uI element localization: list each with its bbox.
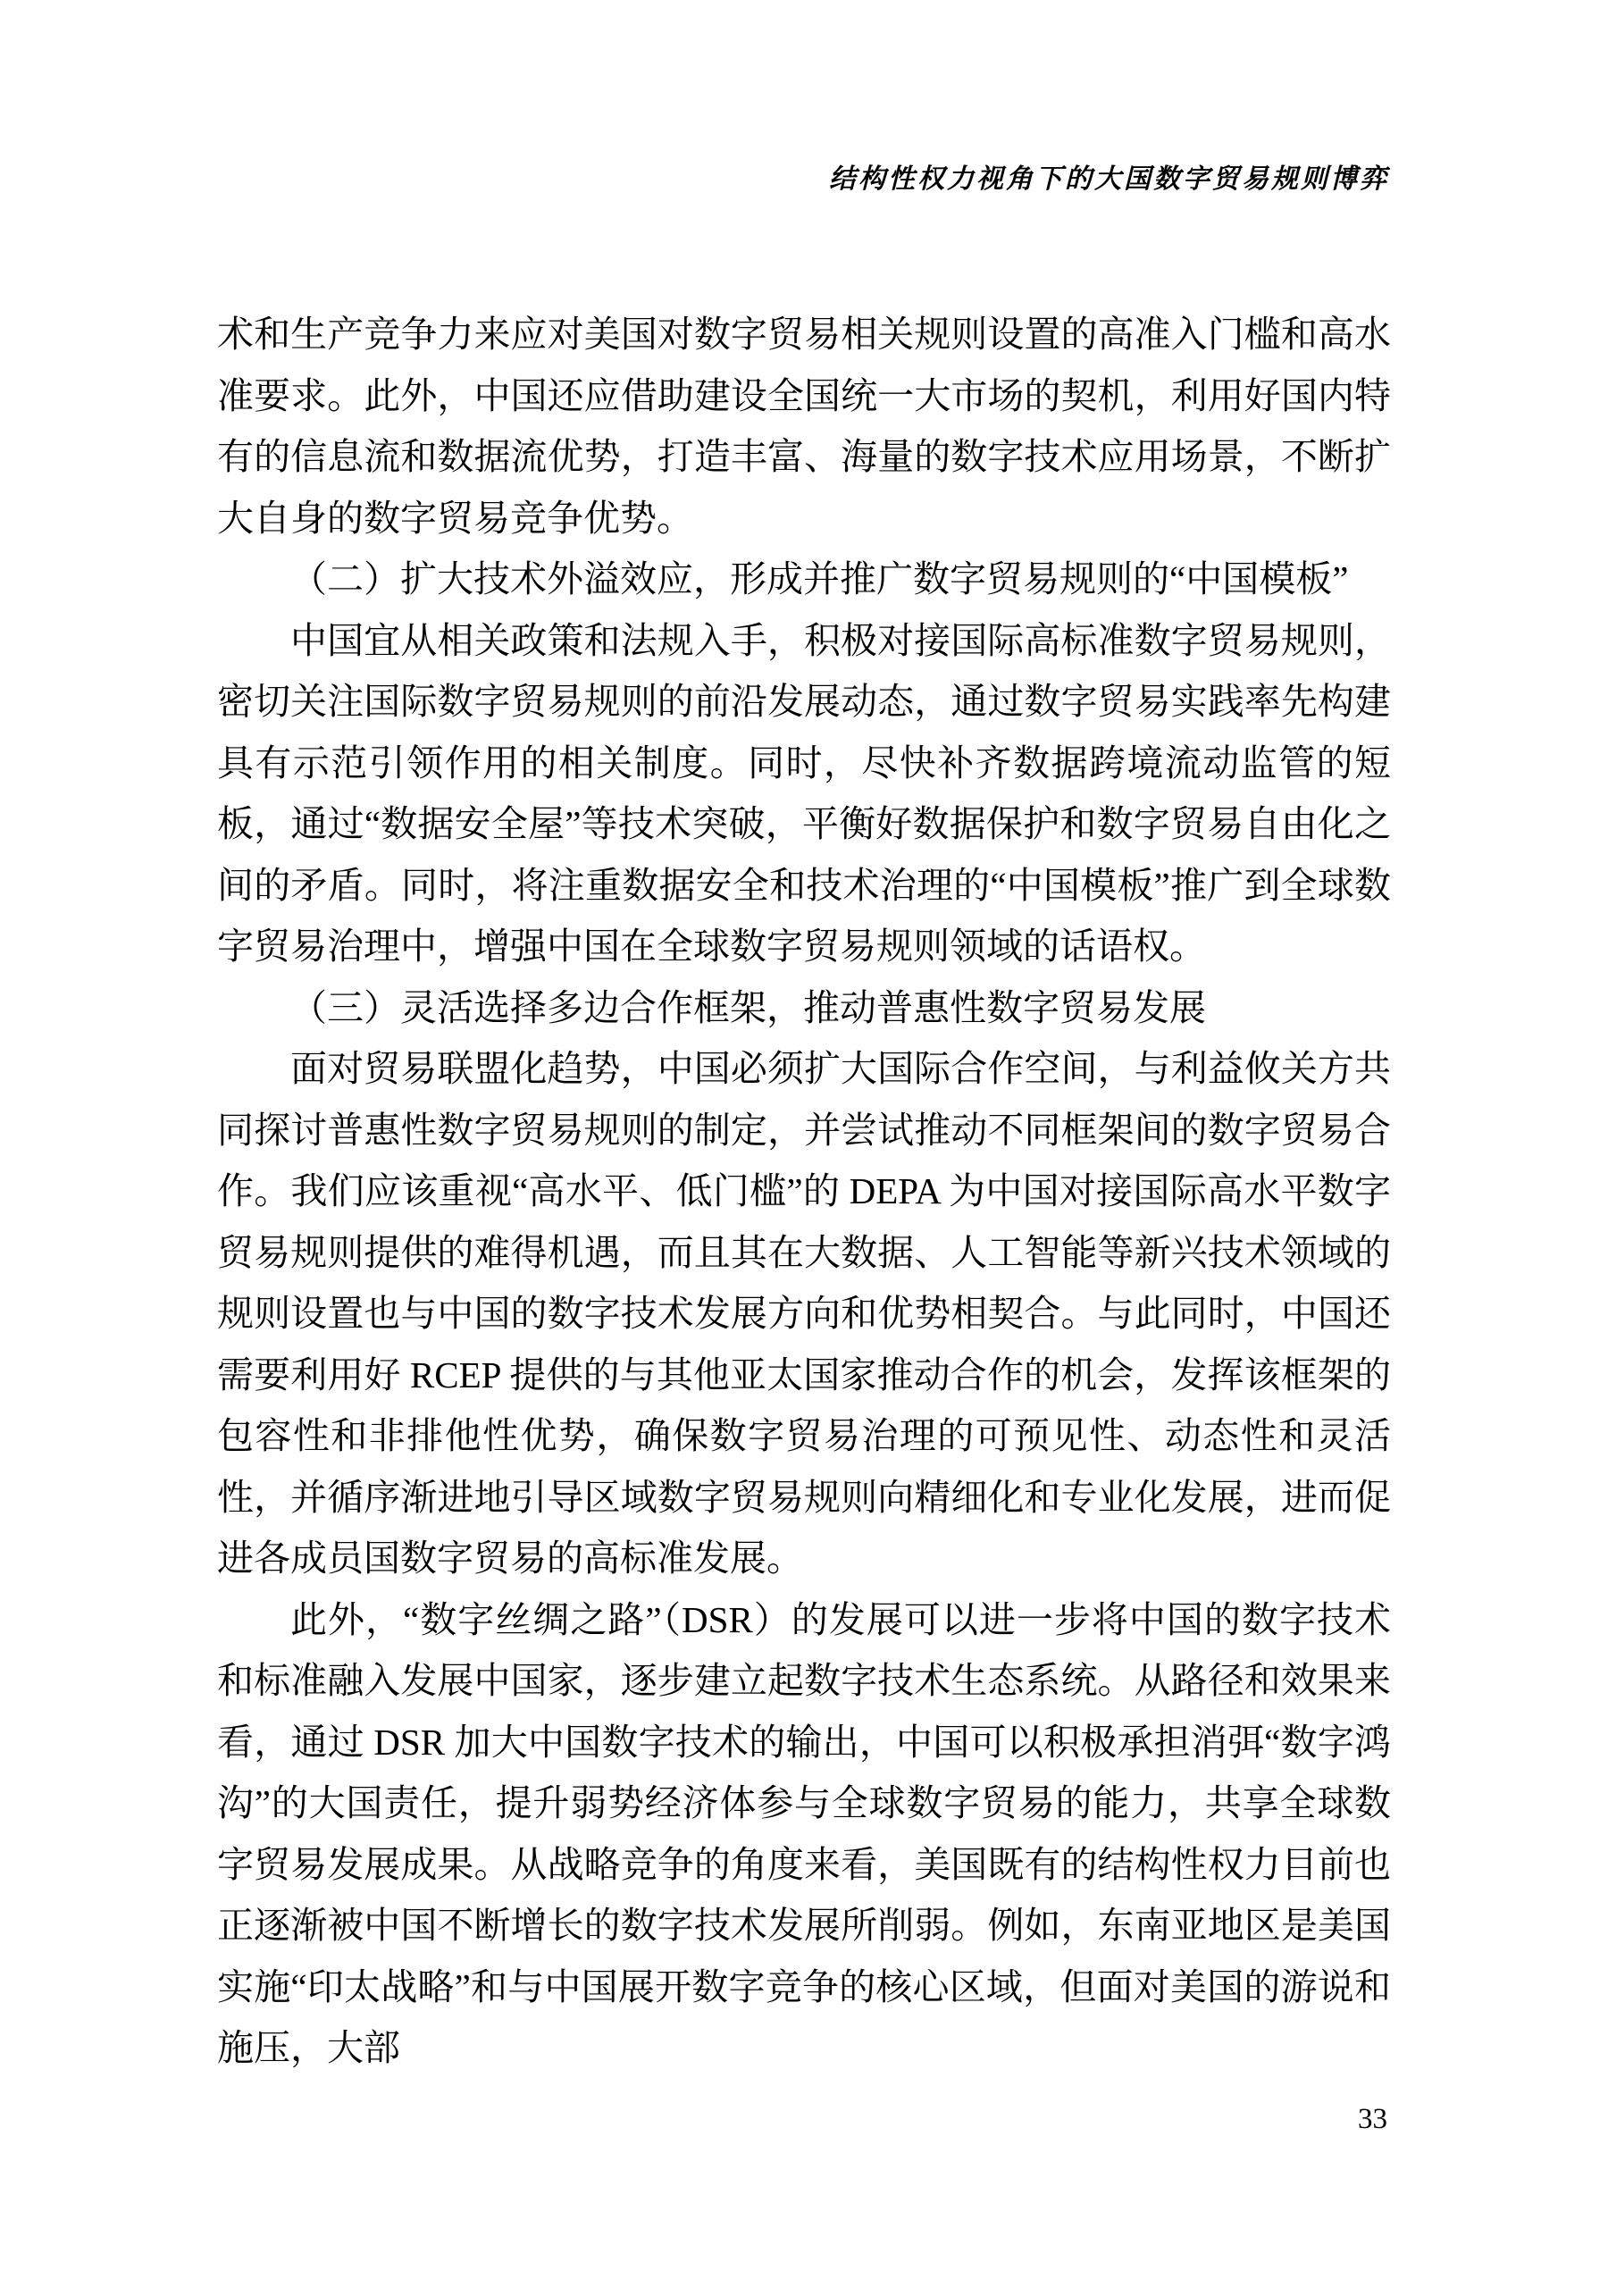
page-number: 33: [1358, 2101, 1387, 2137]
document-page: 结构性权力视角下的大国数字贸易规则博弈 术和生产竞争力来应对美国对数字贸易相关规…: [0, 0, 1608, 2296]
paragraph-section-2: 中国宜从相关政策和法规入手，积极对接国际高标准数字贸易规则，密切关注国际数字贸易…: [217, 610, 1391, 977]
paragraph-section-4: 此外，“数字丝绸之路”（DSR）的发展可以进一步将中国的数字技术和标准融入发展中…: [217, 1589, 1391, 2079]
section-heading-3: （三）灵活选择多边合作框架，推动普惠性数字贸易发展: [217, 977, 1391, 1039]
paragraph-continuation: 术和生产竞争力来应对美国对数字贸易相关规则设置的高准入门槛和高水准要求。此外，中…: [217, 304, 1391, 549]
paragraph-section-3: 面对贸易联盟化趋势，中国必须扩大国际合作空间，与利益攸关方共同探讨普惠性数字贸易…: [217, 1038, 1391, 1589]
body-text-block: 术和生产竞争力来应对美国对数字贸易相关规则设置的高准入门槛和高水准要求。此外，中…: [217, 304, 1391, 2079]
section-heading-2: （二）扩大技术外溢效应，形成并推广数字贸易规则的“中国模板”: [217, 549, 1391, 610]
running-header: 结构性权力视角下的大国数字贸易规则博弈: [217, 163, 1389, 196]
